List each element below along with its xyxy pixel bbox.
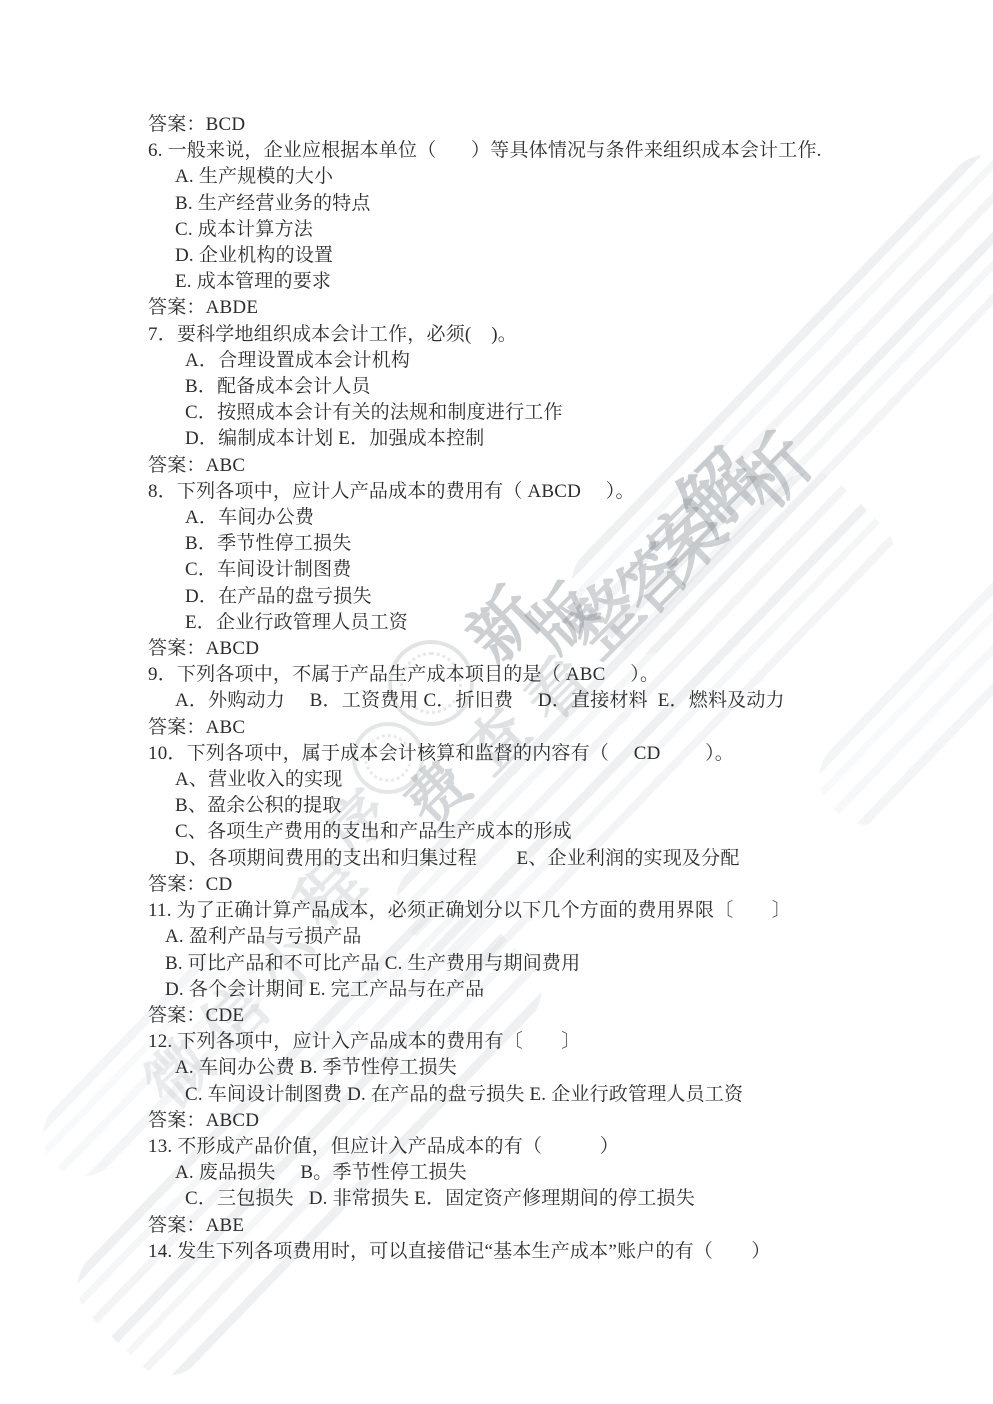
option-line: A．外购动力 B．工资费用 C．折旧费 D．直接材料 E．燃料及动力 (175, 688, 938, 714)
answer-line: 答案：ABCD (148, 636, 938, 662)
option-line: A、营业收入的实现 (175, 767, 938, 793)
option-line: D、各项期间费用的支出和归集过程 E、企业利润的实现及分配 (175, 846, 938, 872)
question-line: 11. 为了正确计算产品成本，必须正确划分以下几个方面的费用界限〔 〕 (148, 898, 938, 924)
question-line: 8．下列各项中，应计人产品成本的费用有（ ABCD ）。 (148, 479, 938, 505)
option-line: B．配备成本会计人员 (185, 374, 938, 400)
document-page: 微信小程序费查看新版整答案解析 答案：BCD6. 一般来说，企业应根据本单位（ … (0, 0, 993, 1404)
option-line: A. 盈利产品与亏损产品 (165, 924, 938, 950)
answer-line: 答案：CDE (148, 1003, 938, 1029)
option-line: C、各项生产费用的支出和产品生产成本的形成 (175, 819, 938, 845)
question-line: 9．下列各项中，不属于产品生产成本项目的是（ ABC ）。 (148, 662, 938, 688)
option-line: A. 生产规模的大小 (175, 164, 938, 190)
answer-line: 答案：CD (148, 872, 938, 898)
option-line: A．车间办公费 (185, 505, 938, 531)
option-line: C．按照成本会计有关的法规和制度进行工作 (185, 400, 938, 426)
option-line: D．编制成本计划 E．加强成本控制 (185, 426, 938, 452)
question-list: 答案：BCD6. 一般来说，企业应根据本单位（ ）等具体情况与条件来组织成本会计… (148, 112, 938, 1265)
option-line: D. 企业机构的设置 (175, 243, 938, 269)
option-line: C．三包损失 D. 非常损失 E．固定资产修理期间的停工损失 (185, 1186, 938, 1212)
option-line: B. 生产经营业务的特点 (175, 191, 938, 217)
answer-line: 答案：BCD (148, 112, 938, 138)
option-line: A. 废品损失 B。季节性停工损失 (175, 1160, 938, 1186)
option-line: A. 车间办公费 B. 季节性停工损失 (175, 1055, 938, 1081)
question-line: 6. 一般来说，企业应根据本单位（ ）等具体情况与条件来组织成本会计工作. (148, 138, 938, 164)
question-line: 7．要科学地组织成本会计工作，必须( )。 (148, 322, 938, 348)
answer-line: 答案：ABCD (148, 1108, 938, 1134)
question-line: 12. 下列各项中，应计入产品成本的费用有〔 〕 (148, 1029, 938, 1055)
question-line: 10．下列各项中，属于成本会计核算和监督的内容有（ CD ）。 (148, 741, 938, 767)
answer-line: 答案：ABC (148, 715, 938, 741)
question-line: 14. 发生下列各项费用时，可以直接借记“基本生产成本”账户的有（ ） (148, 1239, 938, 1265)
option-line: D．在产品的盘亏损失 (185, 584, 938, 610)
option-line: E. 成本管理的要求 (175, 269, 938, 295)
option-line: E．企业行政管理人员工资 (185, 610, 938, 636)
option-line: C. 成本计算方法 (175, 217, 938, 243)
option-line: B．季节性停工损失 (185, 531, 938, 557)
option-line: B、盈余公积的提取 (175, 793, 938, 819)
question-line: 13. 不形成产品价值，但应计入产品成本的有（ ） (148, 1134, 938, 1160)
answer-line: 答案：ABC (148, 453, 938, 479)
option-line: C. 车间设计制图费 D. 在产品的盘亏损失 E. 企业行政管理人员工资 (185, 1082, 938, 1108)
option-line: C．车间设计制图费 (185, 557, 938, 583)
option-line: D. 各个会计期间 E. 完工产品与在产品 (165, 977, 938, 1003)
option-line: B. 可比产品和不可比产品 C. 生产费用与期间费用 (165, 951, 938, 977)
answer-line: 答案：ABE (148, 1213, 938, 1239)
option-line: A．合理设置成本会计机构 (185, 348, 938, 374)
answer-line: 答案：ABDE (148, 295, 938, 321)
